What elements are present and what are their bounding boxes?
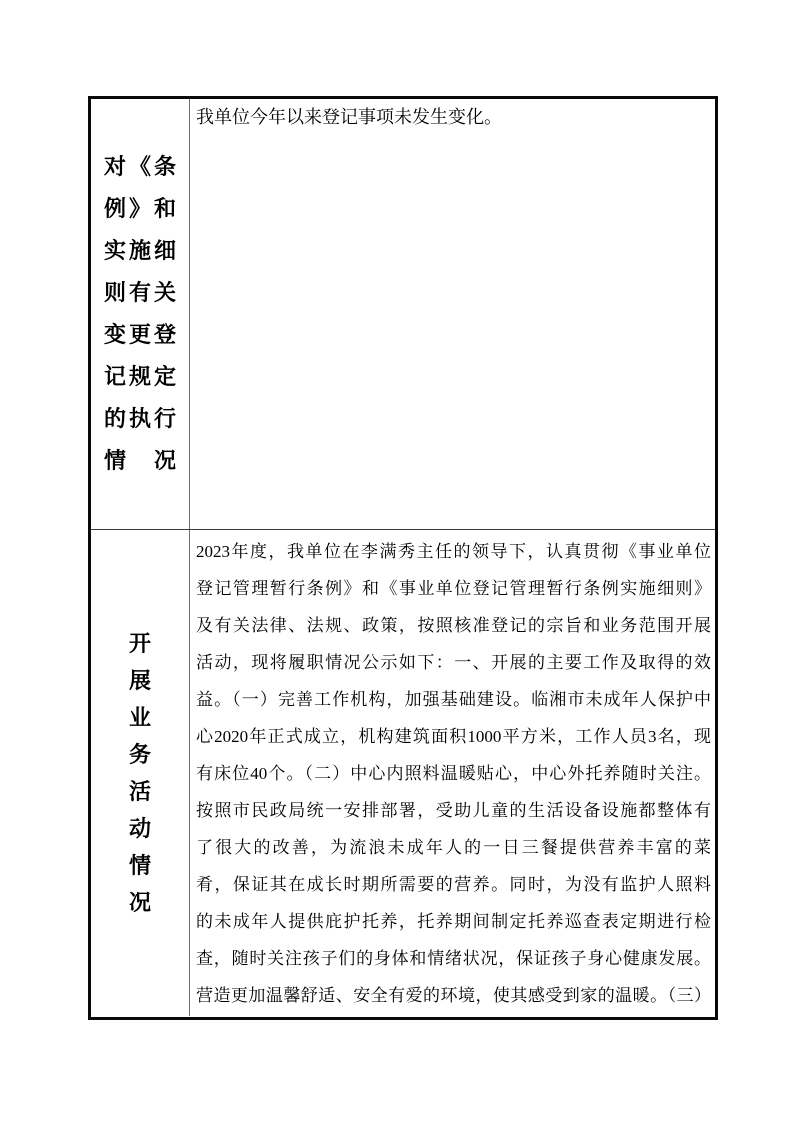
cell-regulation-compliance-content: 我单位今年以来登记事项未发生变化。 — [190, 99, 715, 529]
table-row-regulation-compliance: 对《条例》和实施细则有关变更登记规定的执行情况 我单位今年以来登记事项未发生变化… — [91, 99, 715, 530]
document-page: 对《条例》和实施细则有关变更登记规定的执行情况 我单位今年以来登记事项未发生变化… — [0, 0, 794, 1122]
row-header-cell-business-activities: 开展业务活动情况 — [91, 530, 190, 1016]
row-header-business-activities-label: 开展业务活动情况 — [104, 625, 176, 921]
annual-report-table: 对《条例》和实施细则有关变更登记规定的执行情况 我单位今年以来登记事项未发生变化… — [88, 96, 718, 1020]
row-header-cell-regulation-compliance: 对《条例》和实施细则有关变更登记规定的执行情况 — [91, 99, 190, 529]
row-header-regulation-compliance-label: 对《条例》和实施细则有关变更登记规定的执行情况 — [104, 146, 176, 482]
table-row-business-activities: 开展业务活动情况 2023年度，我单位在李满秀主任的领导下，认真贯彻《事业单位登… — [91, 530, 715, 1016]
cell-business-activities-content: 2023年度，我单位在李满秀主任的领导下，认真贯彻《事业单位登记管理暂行条例》和… — [190, 530, 715, 1016]
business-activities-text: 2023年度，我单位在李满秀主任的领导下，认真贯彻《事业单位登记管理暂行条例》和… — [196, 533, 711, 1014]
regulation-compliance-text: 我单位今年以来登记事项未发生变化。 — [196, 102, 711, 132]
